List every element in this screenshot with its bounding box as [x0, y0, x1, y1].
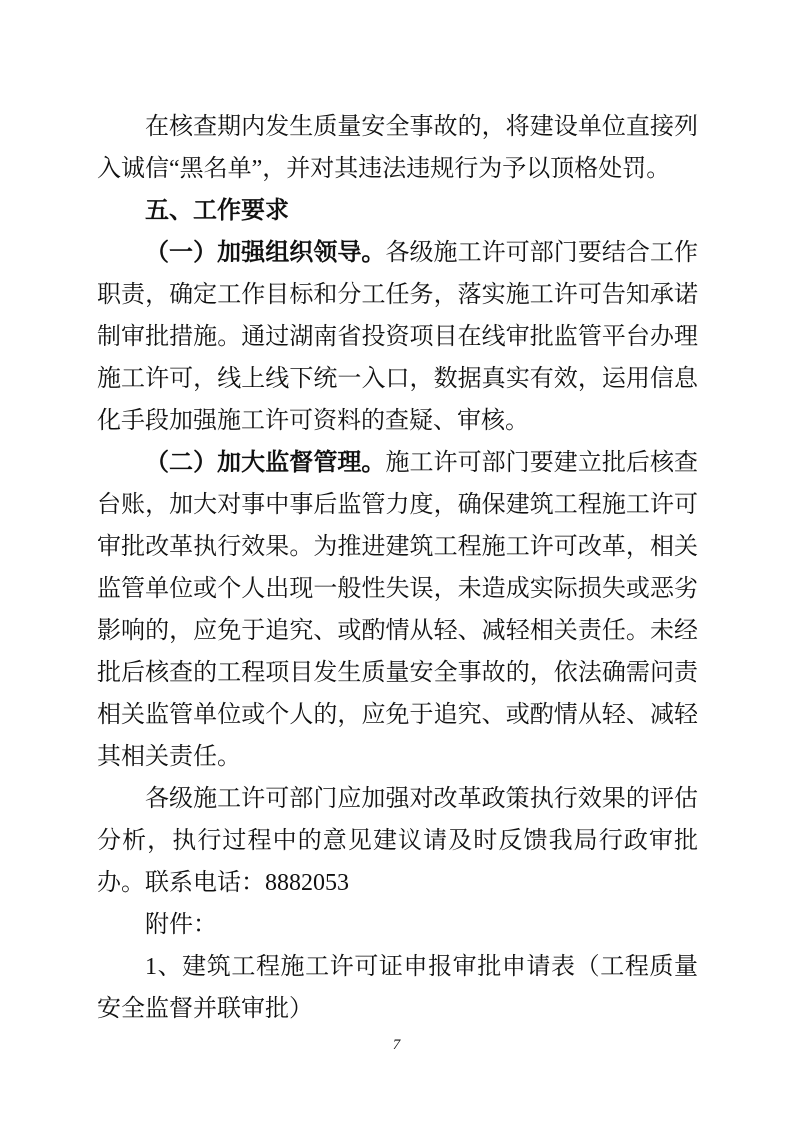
paragraph: 各级施工许可部门应加强对改革政策执行效果的评估分析，执行过程中的意见建议请及时反…	[97, 778, 698, 904]
bold-text-run: （一）加强组织领导。	[145, 240, 385, 266]
bold-text-run: 五、工作要求	[145, 197, 289, 224]
document-body: 在核查期内发生质量安全事故的，将建设单位直接列入诚信“黑名单”，并对其违法违规行…	[97, 106, 698, 1030]
paragraph: 1、建筑工程施工许可证申报审批申请表（工程质量安全监督并联审批）	[97, 946, 698, 1030]
text-run: 施工许可部门要建立批后核查台账，加大对事中事后监管力度，确保建筑工程施工许可审批…	[97, 450, 698, 770]
text-run: 在核查期内发生质量安全事故的，将建设单位直接列入诚信“黑名单”，并对其违法违规行…	[97, 114, 698, 182]
text-run: 各级施工许可部门要结合工作职责，确定工作目标和分工任务，落实施工许可告知承诺制审…	[97, 240, 698, 434]
bold-text-run: （二）加大监督管理。	[145, 450, 385, 476]
paragraph: （二）加大监督管理。施工许可部门要建立批后核查台账，加大对事中事后监管力度，确保…	[97, 442, 698, 778]
section-heading: 五、工作要求	[97, 190, 698, 232]
text-run: 各级施工许可部门应加强对改革政策执行效果的评估分析，执行过程中的意见建议请及时反…	[97, 786, 698, 896]
paragraph: 附件：	[97, 904, 698, 946]
text-run: 1、建筑工程施工许可证申报审批申请表（工程质量安全监督并联审批）	[97, 954, 698, 1022]
paragraph: 在核查期内发生质量安全事故的，将建设单位直接列入诚信“黑名单”，并对其违法违规行…	[97, 106, 698, 190]
text-run: 附件：	[145, 912, 217, 938]
document-page: 在核查期内发生质量安全事故的，将建设单位直接列入诚信“黑名单”，并对其违法违规行…	[0, 0, 793, 1122]
paragraph: （一）加强组织领导。各级施工许可部门要结合工作职责，确定工作目标和分工任务，落实…	[97, 232, 698, 442]
page-number: 7	[0, 1034, 793, 1056]
